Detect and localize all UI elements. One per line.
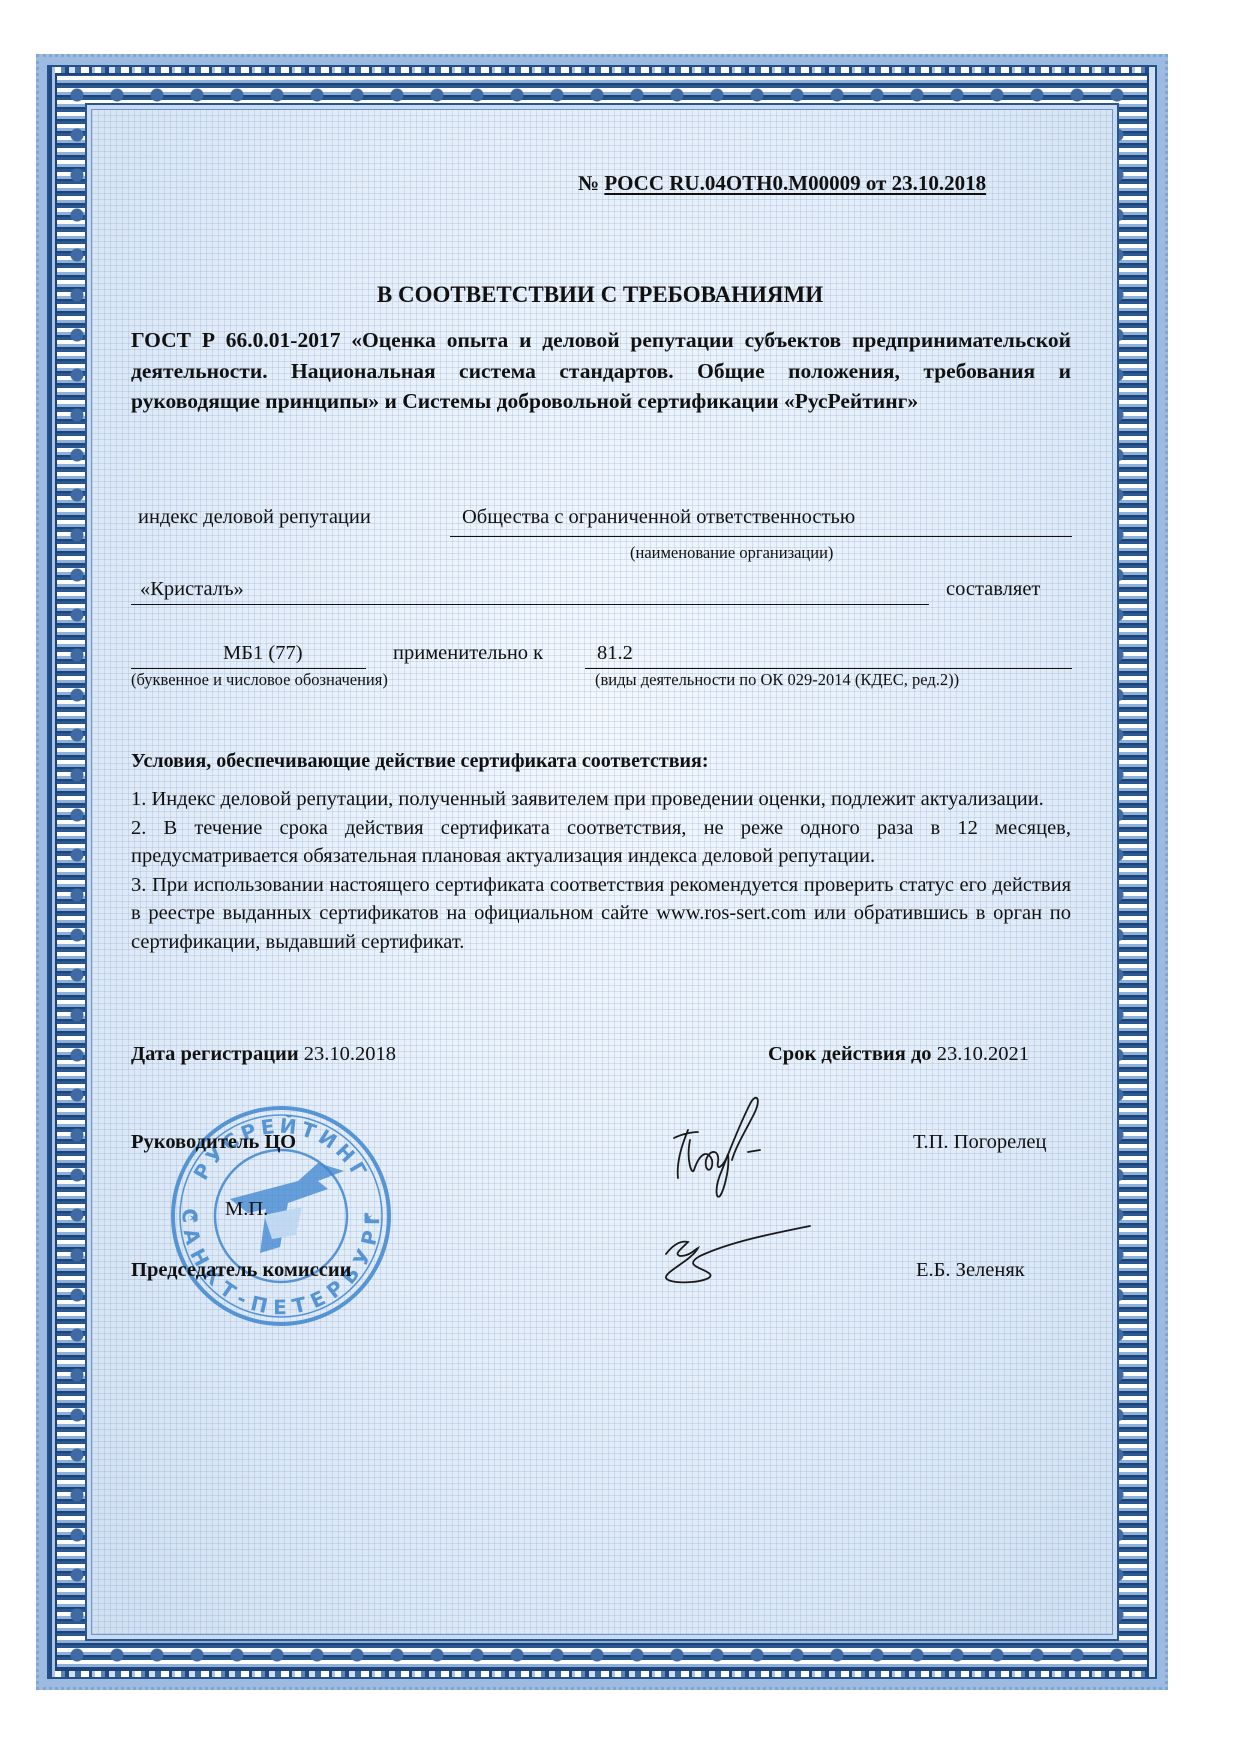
registration-date: Дата регистрации 23.10.2018: [131, 1043, 396, 1066]
activity-code: 81.2: [597, 642, 633, 665]
head-signature-icon: [670, 1090, 790, 1200]
head-name: Т.П. Погорелец: [913, 1131, 1047, 1154]
svg-text:✶: ✶: [362, 1211, 378, 1227]
conditions-title: Условия, обеспечивающие действие сертифи…: [131, 750, 709, 773]
svg-text:✶: ✶: [188, 1211, 204, 1227]
rating-value-underline: [131, 668, 366, 669]
condition-item: 3. При использовании настоящего сертифик…: [131, 871, 1071, 957]
index-label: индекс деловой репутации: [138, 506, 371, 529]
certificate-number-value: РОСС RU.04ОТН0.М00009 от 23.10.2018: [604, 171, 986, 195]
valid-until: Срок действия до 23.10.2021: [768, 1043, 1029, 1066]
organization-name-underline: [450, 536, 1072, 537]
page-title: В СООТВЕТСТВИИ С ТРЕБОВАНИЯМИ: [0, 282, 1200, 308]
rating-value: МБ1 (77): [223, 642, 303, 665]
seal-place-label: М.П.: [225, 1198, 268, 1221]
activity-code-underline: [585, 668, 1072, 669]
chair-name: Е.Б. Зеленяк: [916, 1259, 1025, 1282]
activity-caption: (виды деятельности по ОК 029-2014 (КДЕС,…: [595, 670, 959, 690]
standard-reference: ГОСТ Р 66.0.01-2017 «Оценка опыта и дело…: [131, 325, 1071, 417]
organization-name-underline-2: [131, 604, 929, 605]
condition-item: 1. Индекс деловой репутации, полученный …: [131, 785, 1071, 814]
rating-value-caption: (буквенное и числовое обозначения): [131, 670, 388, 690]
valid-until-label: Срок действия до: [768, 1043, 932, 1065]
valid-until-value: 23.10.2021: [937, 1043, 1029, 1065]
chair-label: Председатель комиссии: [131, 1259, 351, 1282]
organization-name-caption: (наименование организации): [630, 543, 833, 563]
registration-date-value: 23.10.2018: [304, 1043, 396, 1065]
condition-item: 2. В течение срока действия сертификата …: [131, 814, 1071, 871]
organization-name-line1: Общества с ограниченной ответственностью: [462, 506, 855, 529]
head-label: Руководитель ЦО: [131, 1131, 296, 1154]
registration-date-label: Дата регистрации: [131, 1043, 299, 1065]
applies-label: применительно к: [393, 642, 543, 665]
certificate-number: № РОСС RU.04ОТН0.М00009 от 23.10.2018: [578, 171, 986, 196]
conditions-list: 1. Индекс деловой репутации, полученный …: [131, 785, 1071, 956]
chair-signature-icon: [660, 1220, 820, 1290]
amounts-label: составляет: [946, 578, 1040, 601]
number-sign: №: [578, 171, 599, 195]
organization-name-line2: «Кристалъ»: [140, 578, 244, 601]
certificate-content: № РОСС RU.04ОТН0.М00009 от 23.10.2018 В …: [0, 0, 1241, 1754]
